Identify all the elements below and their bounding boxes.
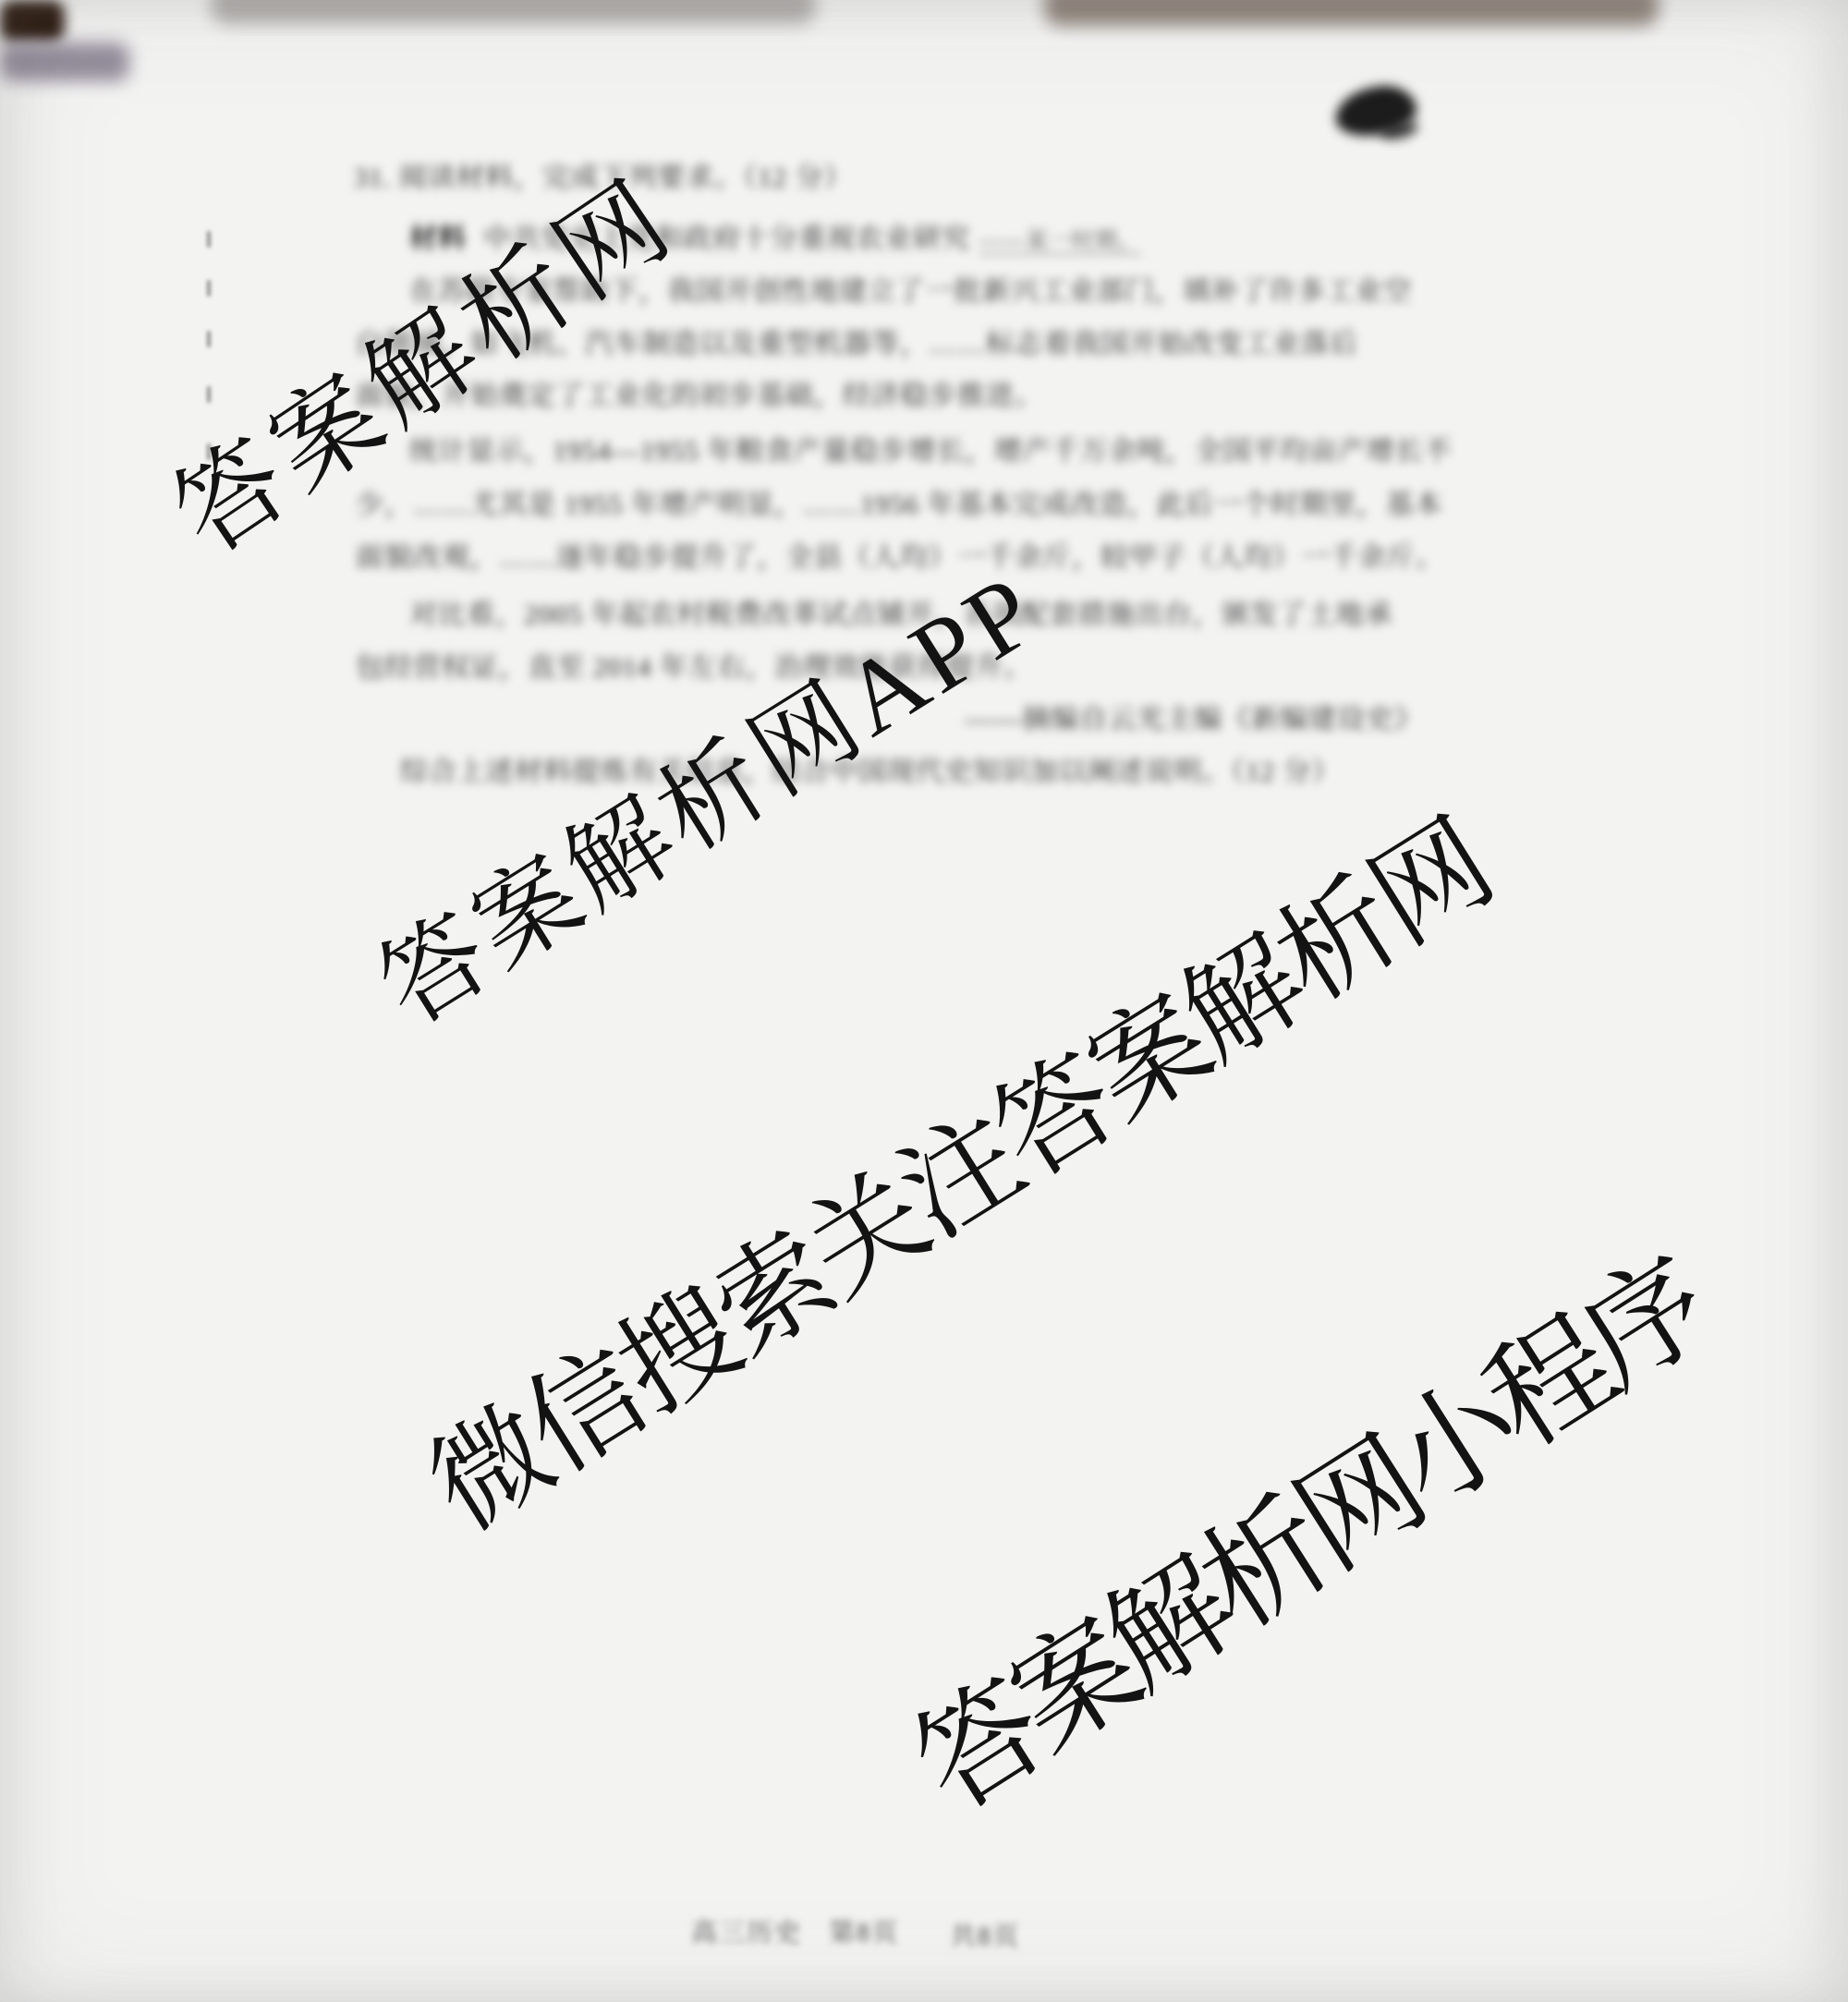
margin-tick bbox=[207, 331, 211, 347]
paragraph2-line3: 面貌改观，……逐年稳步提升了，全县（人均）一千余斤，较甲子（人均）一千余斤。 bbox=[356, 534, 1444, 575]
scan-artifact-purple-spot bbox=[0, 42, 129, 81]
scan-artifact-dark-spot bbox=[0, 0, 65, 42]
scan-artifact-top-right-strip bbox=[1044, 0, 1659, 26]
watermark-mini-program: 答案解析网小程序 bbox=[897, 1244, 1723, 1831]
material-intro-underlined-note: ——某一时期。 bbox=[979, 229, 1141, 255]
margin-tick bbox=[207, 231, 211, 248]
footer-course: 高三历史 bbox=[691, 1912, 802, 1949]
footer-page-number: 第8页 bbox=[829, 1912, 899, 1949]
margin-tick bbox=[207, 280, 211, 297]
material-label: 材料 bbox=[409, 224, 467, 254]
scan-artifact-top-left-strip bbox=[211, 0, 816, 24]
paragraph2-line2: 少，……尤其是 1955 年增产明显，……1956 年基本完成改造，此后一个时期… bbox=[356, 481, 1443, 522]
margin-tick bbox=[207, 386, 211, 403]
paragraph2-line1: 统计显示，1954—1955 年粮食产量稳步增长，增产千万余吨，全国平均亩产增长… bbox=[409, 428, 1453, 468]
scanned-exam-page: 31. 阅读材料，完成下列要求。（12 分） 材料中共党史上党和政府十分重视农业… bbox=[0, 0, 1848, 2002]
footer-page-total: 共8页 bbox=[950, 1916, 1020, 1953]
